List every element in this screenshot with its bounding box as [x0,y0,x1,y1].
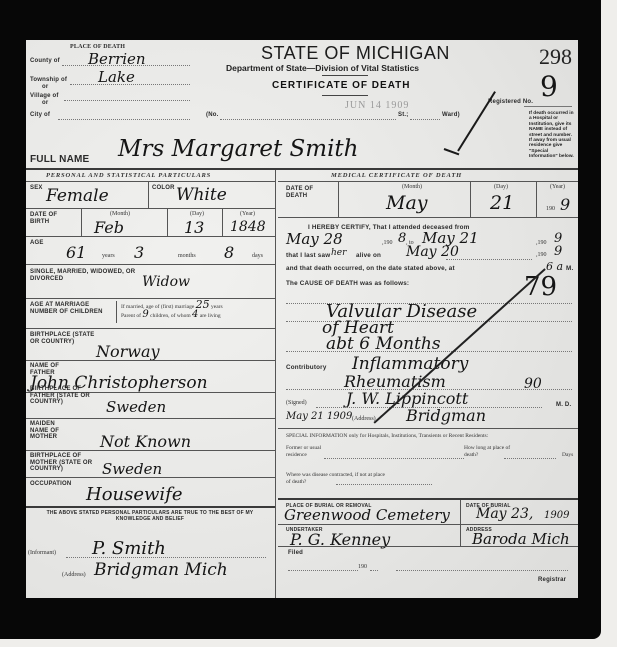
street-line [220,119,396,120]
divider [26,418,275,419]
children-suffix: are living [200,313,221,319]
state-title: STATE OF MICHIGAN [261,43,450,64]
registrar-line [396,570,568,571]
color-label: COLOR [152,185,175,192]
mother-value: Not Known [100,432,191,451]
alive-on-label: alive on [356,253,381,260]
burial-date-value: May 23, [476,506,533,522]
dob-label: DATE OF BIRTH [30,212,74,225]
full-name-label: FULL NAME [30,154,89,165]
last-saw-who: her [331,248,346,258]
marriage-prefix: If married, age of (first) marriage [121,304,194,310]
months-label: months [178,253,196,260]
title-rule [322,95,368,96]
occupation-label: OCCUPATION [30,481,71,488]
date-of-death-label: DATE OF DEATH [286,186,322,199]
cause-label: The CAUSE OF DEATH was as follows: [286,281,409,288]
mother-birthplace-label: BIRTHPLACE OF MOTHER (State or country) [30,453,100,473]
how-long-label: How long at place of death? [464,445,524,458]
informant-address-value: Bridgman Mich [94,560,228,580]
dob-month-label: (Month) [110,211,130,218]
marriage-info: If married, age of (first) marriage 25 y… [116,301,281,323]
color-value: White [176,185,227,205]
dob-day-label: (Day) [190,211,204,218]
attended-from: May 28 [286,230,343,248]
village-line [64,100,190,101]
to-year-prefix: ,190 [536,240,547,247]
divider [278,524,578,525]
city-label: City of [30,112,50,119]
divider [26,477,275,478]
death-day: 21 [490,192,514,214]
divider [26,298,275,299]
dob-day: 13 [184,218,204,237]
village-label: Village of [30,93,59,100]
divider [26,208,275,209]
divider [26,264,275,265]
sex-label: SEX [30,185,43,192]
age-months: 3 [134,243,144,262]
signed-label: (Signed) [286,400,307,407]
last-saw-line [446,259,532,260]
registered-no-value: 9 [540,70,558,103]
informant-label: (Informant) [28,550,56,557]
filed-label: Filed [288,550,303,557]
age-label: AGE [30,240,44,247]
divider [278,181,578,182]
mother-birthplace-value: Sweden [102,460,162,478]
full-name-value: Mrs Margaret Smith [118,136,359,162]
where-contracted-line [336,484,432,485]
county-value: Berrien [88,50,146,68]
divider [278,546,578,547]
street-no-label: (No. [206,112,218,119]
father-birthplace-value: Sweden [106,398,166,416]
days-label: Days [562,452,573,459]
divider [26,328,275,329]
marital-value: Widow [142,274,190,290]
father-birthplace-label: BIRTHPLACE OF FATHER (State or country) [30,386,100,406]
divider [167,208,168,236]
medical-heading: MEDICAL CERTIFICATE OF DEATH [331,172,462,179]
divider [26,168,578,170]
city-line [58,119,190,120]
ward-label: Ward) [442,112,460,119]
children-mid: children, of whom [150,313,190,319]
age-days: 8 [224,243,234,262]
dob-month: Feb [94,218,124,237]
filed-year: 190 [358,564,367,571]
death-year-prefix: 190 [546,206,555,213]
how-long-line [504,458,556,459]
divider [26,181,275,182]
personal-heading: PERSONAL AND STATISTICAL PARTICULARS [46,172,211,179]
check-mark-icon [457,91,496,151]
or-label: or [42,84,48,91]
years-label: years [102,253,115,260]
filed-line [288,570,358,571]
age-years: 61 [66,243,86,262]
divider [278,217,578,218]
sex-value: Female [46,186,109,206]
burial-place-value: Greenwood Cemetery [284,506,450,524]
days-label: days [252,253,263,260]
divider [278,428,578,429]
last-saw-year-prefix: ,190 [536,252,547,259]
divider [278,498,578,500]
divider [338,181,339,217]
special-info-text: SPECIAL INFORMATION only for Hospitals, … [286,433,488,440]
hospital-note: If death occurred in a Hospital or Insti… [529,111,575,160]
contributory-value: Inflammatory [352,354,468,374]
registered-no-label: Registered No. [488,99,533,106]
registrar-label: Registrar [538,577,566,584]
divider [26,236,275,237]
divider [26,450,275,451]
birthplace-label: BIRTHPLACE (State or country) [30,332,100,345]
marriage-suffix: years [211,304,223,310]
death-month: May [386,192,428,214]
physician-address-label: (Address) [352,416,376,423]
department-title: Department of State—Division of Vital St… [226,63,419,73]
divider [81,208,82,236]
cause-code: 79 [524,272,557,302]
certificate-title: CERTIFICATE OF DEATH [272,80,411,91]
children-prefix: Parent of [121,313,141,319]
divider [148,181,149,208]
death-year-label: (Year) [550,184,565,191]
occurred-suffix: M. [566,266,573,273]
from-year-prefix: ,190 [382,240,393,247]
death-month-label: (Month) [402,184,422,191]
registered-line [524,106,572,107]
death-certificate: PLACE OF DEATH County of Berrien Townshi… [26,40,578,598]
divider [470,181,471,217]
death-day-label: (Day) [494,184,508,191]
divider [222,208,223,236]
marriage-label: AGE AT MARRIAGE NUMBER OF CHILDREN [30,302,110,315]
last-saw-date: May 20 [406,244,459,260]
received-stamp: JUN 14 1909 [345,100,409,111]
informant-value: P. Smith [92,538,166,559]
county-label: County of [30,58,60,65]
occurred-text: and that death occurred, on the date sta… [286,266,455,273]
dob-year: 1848 [230,219,266,235]
ward-line [410,119,440,120]
divider [536,181,537,217]
divider [26,506,275,508]
divider [460,500,461,546]
informant-address-label: (Address) [62,572,86,579]
death-year: 9 [560,195,570,214]
township-value: Lake [98,68,135,86]
township-label: Township of [30,77,67,84]
dob-year-label: (Year) [240,211,255,218]
md-label: M. D. [556,402,571,409]
children-count: 9 [142,309,148,320]
contributory-duration: 90 [524,376,542,392]
former-residence-label: Former or usual residence [286,445,326,458]
last-saw-prefix: that I last saw [286,253,330,260]
physician-address-value: Bridgman [406,406,486,425]
marital-label: SINGLE, MARRIED, WIDOWED, OR DIVORCED [30,269,136,282]
title-rule [322,75,368,76]
birthplace-value: Norway [96,342,160,361]
column-divider [275,170,276,598]
cause-duration: abt 6 Months [326,334,441,354]
filed-line [370,570,378,571]
burial-date-year: 1909 [544,510,569,521]
signed-date: May 21 1909 [286,411,352,422]
or-label: or [42,100,48,107]
street-label: St.; [398,112,408,119]
children-living: 4 [192,309,198,320]
contributory-label: Contributory [286,365,327,372]
attestation-text: THE ABOVE STATED PERSONAL PARTICULARS AR… [30,510,270,522]
last-saw-year: 9 [554,244,562,259]
divider [26,360,275,361]
former-residence-line [324,458,464,459]
occupation-value: Housewife [86,484,183,505]
mother-label: MAIDEN NAME OF MOTHER [30,421,70,441]
certificate-number: 298 [539,44,572,70]
